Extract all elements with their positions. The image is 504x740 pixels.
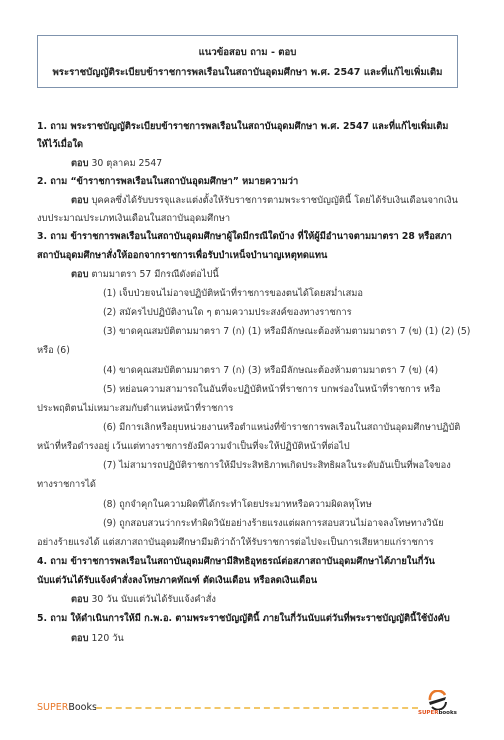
answer-3-item-7-cont: ทางราชการได้ xyxy=(37,478,96,491)
document-page: แนวข้อสอบ ถาม - ตอบ พระราชบัญญัติระเบียบ… xyxy=(0,0,504,740)
answer-3-item-6-cont: หน้าที่หรือดำรงอยู่ เว้นแต่ทางราชการยังม… xyxy=(37,440,350,453)
answer-2-line-2: งบประมาณประเภทเงินเดือนในสถาบันอุดมศึกษา xyxy=(37,212,230,225)
brand-books: Books xyxy=(68,702,97,713)
answer-3-item-5: (5) หย่อนความสามารถในอันที่จะปฏิบัติหน้า… xyxy=(103,383,440,396)
question-4-line-1: 4. ถาม ข้าราชการพลเรือนในสถาบันอุดมศึกษา… xyxy=(37,555,435,568)
answer-label: ตอบ xyxy=(71,269,89,280)
logo-books: books xyxy=(438,710,456,716)
logo-wordmark: SUPERbooks xyxy=(418,710,457,716)
answer-label: ตอบ xyxy=(71,633,89,644)
answer-3-item-9-cont: อย่างร้ายแรงได้ แต่สภาสถาบันอุดมศึกษามีม… xyxy=(37,536,434,549)
answer-3-item-6: (6) มีการเลิกหรือยุบหน่วยงานหรือตำแหน่งท… xyxy=(103,421,460,434)
document-subtitle: พระราชบัญญัติระเบียบข้าราชการพลเรือนในสถ… xyxy=(38,66,457,80)
answer-3-item-1: (1) เจ็บป่วยจนไม่อาจปฏิบัติหน้าที่ราชการ… xyxy=(103,287,363,300)
answer-label: ตอบ xyxy=(71,195,89,206)
answer-5-text: 120 วัน xyxy=(92,633,124,644)
answer-3-item-9: (9) ถูกสอบสวนว่ากระทำผิดวินัยอย่างร้ายแร… xyxy=(103,517,444,530)
answer-3-item-8: (8) ถูกจำคุกในความผิดที่ได้กระทำโดยประมา… xyxy=(103,498,372,511)
logo-super: SUPER xyxy=(418,710,438,716)
answer-2-text: บุคคลซึ่งได้รับบรรจุและแต่งตั้งให้รับราช… xyxy=(92,195,458,206)
answer-3-text: ตามมาตรา 57 มีกรณีดังต่อไปนี้ xyxy=(92,269,219,280)
answer-3-item-5-cont: ประพฤติตนไม่เหมาะสมกับตำแหน่งหน้าที่ราชก… xyxy=(37,402,233,415)
answer-3-intro: ตอบ ตามมาตรา 57 มีกรณีดังต่อไปนี้ xyxy=(71,268,219,281)
answer-label: ตอบ xyxy=(71,158,89,169)
answer-5: ตอบ 120 วัน xyxy=(71,632,124,645)
page-footer: SUPERBooks SUPERbooks xyxy=(0,690,504,730)
title-box: แนวข้อสอบ ถาม - ตอบ พระราชบัญญัติระเบียบ… xyxy=(37,35,458,88)
answer-label: ตอบ xyxy=(71,594,89,605)
answer-4-text: 30 วัน นับแต่วันได้รับแจ้งคำสั่ง xyxy=(92,594,216,605)
superbooks-logo: SUPERbooks xyxy=(418,690,460,720)
brand-super: SUPER xyxy=(37,702,68,713)
answer-1: ตอบ 30 ตุลาคม 2547 xyxy=(71,157,162,170)
document-title: แนวข้อสอบ ถาม - ตอบ xyxy=(38,46,457,60)
question-1-line-2: ให้ไว้เมื่อใด xyxy=(37,138,83,151)
answer-4: ตอบ 30 วัน นับแต่วันได้รับแจ้งคำสั่ง xyxy=(71,593,216,606)
swoosh-logo-icon xyxy=(427,690,449,710)
brand-text-left: SUPERBooks xyxy=(37,702,97,714)
answer-2-line-1: ตอบ บุคคลซึ่งได้รับบรรจุและแต่งตั้งให้รั… xyxy=(71,194,458,207)
question-3-line-2: สถาบันอุดมศึกษาสั่งให้ออกจากราชการเพื่อร… xyxy=(37,249,327,262)
question-2: 2. ถาม “ข้าราชการพลเรือนในสถาบันอุดมศึกษ… xyxy=(37,175,298,188)
answer-3-item-2: (2) สมัครไปปฏิบัติงานใด ๆ ตามความประสงค์… xyxy=(103,306,352,319)
answer-3-item-4: (4) ขาดคุณสมบัติตามมาตรา 7 (ก) (3) หรือม… xyxy=(103,364,438,377)
answer-3-item-3-cont: หรือ (6) xyxy=(37,344,70,357)
question-3-line-1: 3. ถาม ข้าราชการพลเรือนในสถาบันอุดมศึกษา… xyxy=(37,230,452,243)
footer-dashed-divider xyxy=(96,707,418,709)
answer-1-text: 30 ตุลาคม 2547 xyxy=(92,158,163,169)
answer-3-item-3: (3) ขาดคุณสมบัติตามมาตรา 7 (ก) (1) หรือม… xyxy=(103,325,470,338)
question-5: 5. ถาม ให้ดำเนินการให้มี ก.พ.อ. ตามพระรา… xyxy=(37,612,450,625)
question-4-line-2: นับแต่วันได้รับแจ้งคำสั่งลงโทษภาคทัณฑ์ ต… xyxy=(37,574,317,587)
question-1-line-1: 1. ถาม พระราชบัญญัติระเบียบข้าราชการพลเร… xyxy=(37,120,448,133)
answer-3-item-7: (7) ไม่สามารถปฏิบัติราชการให้มีประสิทธิภ… xyxy=(103,459,451,472)
